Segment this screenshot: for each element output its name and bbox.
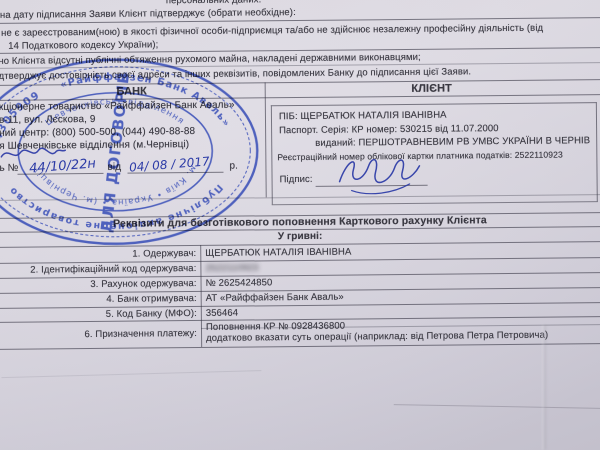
handwritten-word: [1, 148, 65, 157]
client-signature: [339, 159, 419, 183]
paper-fold: [542, 325, 546, 450]
handwriting-layer: 44/10/22н 04/ 08 / 2017: [0, 0, 600, 450]
bank-form: персональних даних. на дату підписання З…: [0, 0, 600, 450]
handwritten-date: 04/ 08 / 2017: [129, 154, 211, 174]
document-photo: персональних даних. на дату підписання З…: [0, 0, 600, 450]
handwritten-doc-number: 44/10/22н: [29, 156, 97, 176]
client-signature-flourish: [352, 184, 410, 194]
